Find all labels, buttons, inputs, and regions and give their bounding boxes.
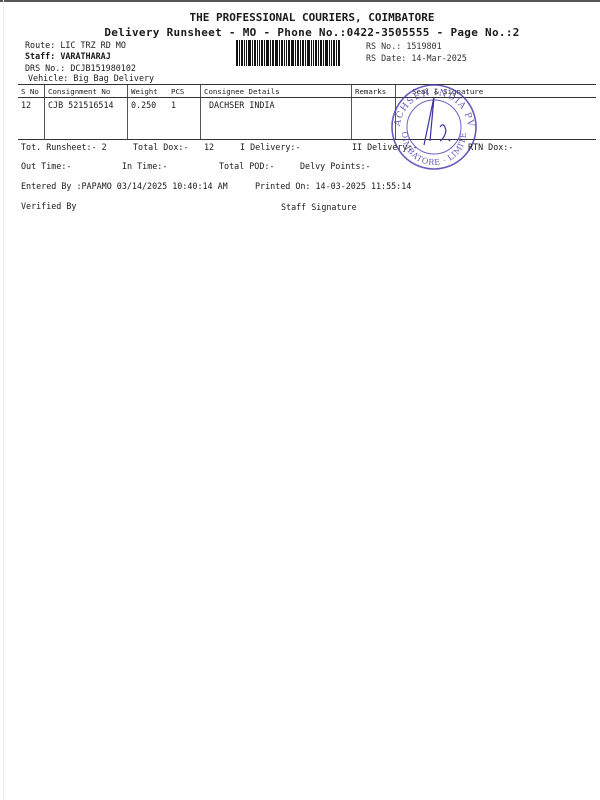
i-delivery: I Delivery:-	[240, 142, 301, 152]
route-value: LIC TRZ RD MO	[60, 40, 126, 50]
verified-by: Verified By	[21, 201, 76, 211]
col-weight: Weight	[128, 85, 169, 98]
vehicle-line: Vehicle: Big Bag Delivery	[28, 73, 154, 83]
drs-label: DRS No.:	[25, 63, 65, 73]
ii-delivery: II Delivery:-	[352, 142, 418, 152]
staff-line: Staff: VARATHARAJ	[25, 51, 111, 61]
cell-consignee: DACHSER INDIA	[201, 98, 352, 140]
page-top-border	[0, 0, 600, 2]
in-time: In Time:-	[122, 161, 167, 171]
col-remarks: Remarks	[352, 85, 396, 98]
col-consignee-details: Consignee Details	[201, 85, 352, 98]
barcode-icon	[236, 40, 352, 66]
company-title: THE PROFESSIONAL COURIERS, COIMBATORE	[0, 11, 600, 24]
tot-runsheet: Tot. Runsheet:- 2	[21, 142, 107, 152]
rtn-dox: RTN Dox:-	[468, 142, 513, 152]
total-dox-value: 12	[204, 142, 214, 152]
rs-no-value: 1519801	[406, 41, 441, 51]
delvy-points: Delvy Points:-	[300, 161, 371, 171]
total-dox-label: Total Dox:-	[133, 142, 188, 152]
cell-weight: 0.250	[128, 98, 169, 140]
printed-on: Printed On: 14-03-2025 11:55:14	[255, 181, 411, 191]
cell-remarks	[352, 98, 396, 140]
total-pod: Total POD:-	[219, 161, 274, 171]
out-time: Out Time:-	[21, 161, 71, 171]
vehicle-value: Big Bag Delivery	[73, 73, 154, 83]
route-line: Route: LIC TRZ RD MO	[25, 40, 126, 50]
drs-line: DRS No.: DCJB151980102	[25, 63, 136, 73]
signature-scribble-icon	[424, 97, 450, 145]
route-label: Route:	[25, 40, 55, 50]
rs-date: RS Date: 14-Mar-2025	[366, 53, 467, 63]
entered-by: Entered By :PAPAMO 03/14/2025 10:40:14 A…	[21, 181, 228, 191]
rs-no-label: RS No.:	[366, 41, 401, 51]
runsheet-subtitle: Delivery Runsheet - MO - Phone No.:0422-…	[0, 26, 600, 39]
cell-s-no: 12	[18, 98, 45, 140]
col-pcs: PCS	[168, 85, 201, 98]
staff-label: Staff:	[25, 51, 55, 61]
staff-signature: Staff Signature	[281, 202, 357, 212]
rs-number: RS No.: 1519801	[366, 41, 442, 51]
drs-value: DCJB151980102	[70, 63, 136, 73]
rs-date-label: RS Date:	[366, 53, 406, 63]
vehicle-label: Vehicle:	[28, 73, 68, 83]
scan-edge	[3, 0, 4, 800]
col-s-no: S No	[18, 85, 45, 98]
table-header-row: S No Consignment No Weight PCS Consignee…	[18, 85, 596, 98]
table-row: 12 CJB 521516514 0.250 1 DACHSER INDIA	[18, 98, 596, 140]
staff-value: VARATHARAJ	[60, 51, 110, 61]
cell-consignment-no: CJB 521516514	[45, 98, 128, 140]
company-seal-stamp: DACHSER INDIA PVT COIMBATORE · LIMITED	[390, 83, 478, 171]
consignment-table: S No Consignment No Weight PCS Consignee…	[18, 84, 596, 140]
cell-pcs: 1	[168, 98, 201, 140]
col-consignment-no: Consignment No	[45, 85, 128, 98]
rs-date-value: 14-Mar-2025	[411, 53, 466, 63]
